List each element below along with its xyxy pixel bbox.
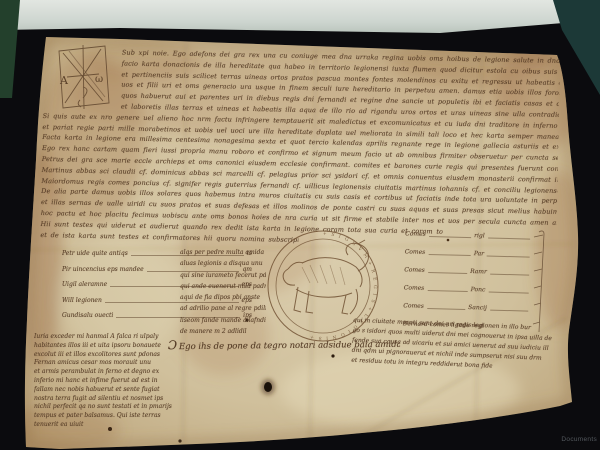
comes-row: Comes Sancij xyxy=(403,302,531,312)
witness-name: Pir uincencius eps mandee xyxy=(62,267,144,273)
witness-middle-line: liseom fande mande ailafndi xyxy=(180,315,266,326)
witness-middle-line: ad adrilio pane al regre pdilis xyxy=(180,303,266,314)
leader-line xyxy=(427,285,468,292)
comes-name: rigl xyxy=(474,233,485,239)
script-line: excolut iii et illos excolitores sunt pd… xyxy=(34,351,232,360)
comes-name: Par xyxy=(474,251,484,257)
bottom-right-text-block: qui in ciuitate morati sunt dni nri regi… xyxy=(351,316,555,374)
photo-of-parchment-charter: Sub xpi noie. Ego adefons dei gra rex un… xyxy=(0,0,600,450)
witness-middle-line: qui ande euenerut mila padre xyxy=(180,281,266,292)
script-line: fallam nec nobis habuerut et sente fugia… xyxy=(34,386,232,395)
bottom-left-text-block: Iuria exceder mi hanmal A falca ri ulpal… xyxy=(34,333,232,430)
script-line: tenuerit ea uiuit xyxy=(34,421,117,430)
script-line: habitantes illos iii et uita ipsoru bona… xyxy=(34,342,232,351)
comes-name: Ponc xyxy=(471,287,486,293)
comes-rows: Comes rigl Comes Par Comes Ramr xyxy=(403,230,533,312)
witness-name: Petr uide quite antiqs xyxy=(62,251,128,257)
witness-name: Gundisalu ouecti xyxy=(62,313,113,319)
comes-title: Comes xyxy=(404,285,425,292)
witness-middle-line: alqs per pedre multa amida Vsam xyxy=(180,247,266,258)
witness-middle-line: aluas legionis a disqua unu xyxy=(180,258,266,269)
script-line: tempus et pater balsamus. Qui iste terra… xyxy=(34,412,232,421)
comes-title: Comes xyxy=(404,267,425,274)
leader-line xyxy=(487,250,530,257)
leader-line xyxy=(490,269,529,276)
script-line: et armis perambulat in ferno et degno ex xyxy=(34,368,232,377)
comes-row: Comes Ramr xyxy=(404,266,532,276)
watermark-label: Documents xyxy=(561,436,597,443)
leader-line xyxy=(427,303,466,310)
leader-line xyxy=(428,249,471,256)
witness-column-middle: alqs per pedre multa amida Vsamaluas leg… xyxy=(180,247,266,337)
leader-line xyxy=(488,233,531,240)
witness-name: Will legionen xyxy=(62,298,102,304)
leader-line xyxy=(428,267,467,274)
comes-name: Ramr xyxy=(470,269,487,275)
script-line: Fernan amicus cesar mos morauit unu xyxy=(34,359,232,368)
comes-title: Comes xyxy=(405,249,426,256)
script-line: inferio mi hanc et infime fuerut ad est … xyxy=(34,377,232,386)
main-text-block: Sub xpi noie. Ego adefons dei gra rex un… xyxy=(40,46,560,250)
comes-title: Comes xyxy=(405,231,426,238)
script-line: nichil perfecit qa no sunt testati et in… xyxy=(34,403,232,412)
comes-row: Comes Ponc xyxy=(404,284,532,294)
leader-line xyxy=(490,305,529,312)
witness-middle-line: aqui de fia dipos pbi anste xyxy=(180,292,266,303)
witness-name: Uigil aleramne xyxy=(62,282,107,288)
script-line: nostra terra fugit ad silentiu et nosmet… xyxy=(34,395,232,404)
comes-title: Comes xyxy=(403,303,424,310)
leader-line xyxy=(429,231,472,238)
witness-column-right: Comes rigl Comes Par Comes Ramr xyxy=(403,230,533,330)
comes-row: Comes Par xyxy=(405,248,533,258)
script-line: Iuria exceder mi hanmal A falca ri ulpal… xyxy=(34,333,232,342)
leader-line xyxy=(488,287,529,294)
comes-name: Sancij xyxy=(468,305,487,311)
witness-middle-line: qui sine iurameto fecerut pd xyxy=(180,270,266,281)
